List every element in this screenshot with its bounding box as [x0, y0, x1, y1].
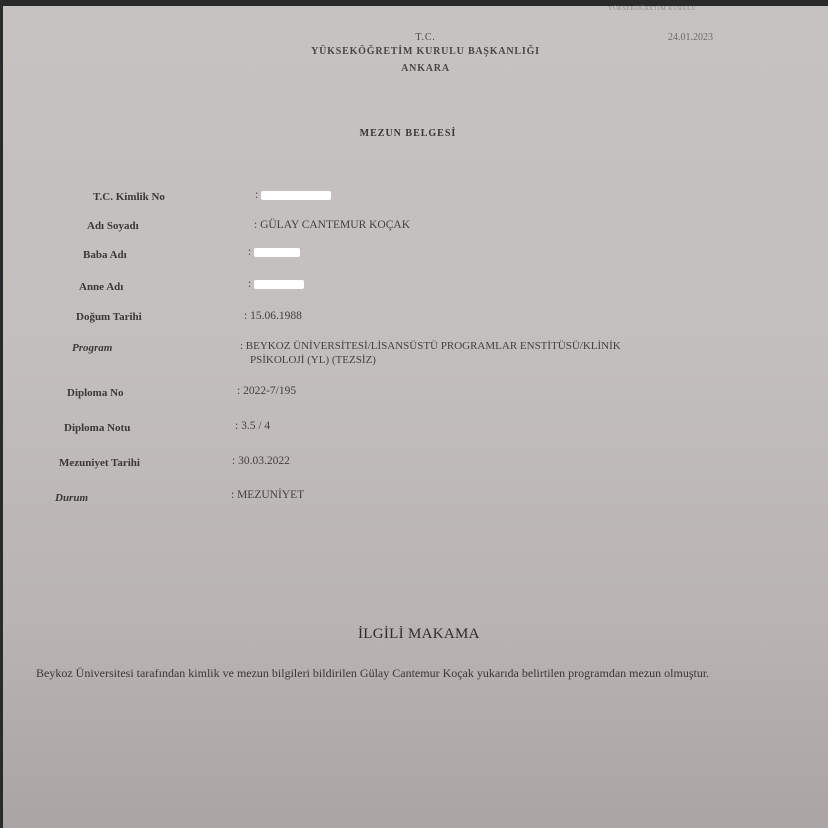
label-anne-adi: Anne Adı	[79, 281, 123, 293]
value-durum: : MEZUNİYET	[231, 489, 304, 501]
value-diploma-notu: : 3.5 / 4	[235, 420, 270, 432]
redaction-box	[254, 280, 304, 289]
label-tc-kimlik-no: T.C. Kimlik No	[93, 191, 165, 203]
redaction-box	[254, 248, 300, 257]
header-line-institution: YÜKSEKÖĞRETİM KURULU BAŞKANLIĞI	[273, 46, 578, 57]
document-date: 24.01.2023	[668, 32, 713, 43]
value-tc-kimlik-no: :	[255, 189, 331, 201]
redaction-box	[261, 191, 331, 200]
value-dogum-tarihi: : 15.06.1988	[244, 310, 302, 322]
value-program: : BEYKOZ ÜNİVERSİTESİ/LİSANSÜSTÜ PROGRAM…	[240, 340, 621, 352]
certification-paragraph: Beykoz Üniversitesi tarafından kimlik ve…	[36, 664, 806, 682]
header-line-tc: T.C.	[273, 32, 578, 43]
label-diploma-no: Diploma No	[67, 387, 124, 399]
header-line-city: ANKARA	[273, 63, 578, 74]
value-adi-soyadi: : GÜLAY CANTEMUR KOÇAK	[254, 219, 410, 231]
label-baba-adi: Baba Adı	[83, 249, 127, 261]
value-mezuniyet-tarihi: : 30.03.2022	[232, 455, 290, 467]
document-title: MEZUN BELGESİ	[333, 128, 483, 139]
label-dogum-tarihi: Doğum Tarihi	[76, 311, 142, 323]
addressee-heading: İLGİLİ MAKAMA	[358, 626, 480, 643]
value-anne-adi: :	[248, 278, 304, 290]
value-diploma-no: : 2022-7/195	[237, 385, 296, 397]
value-program-line2: PSİKOLOJİ (YL) (TEZSİZ)	[250, 354, 376, 366]
label-program: Program	[72, 342, 112, 354]
label-mezuniyet-tarihi: Mezuniyet Tarihi	[59, 457, 140, 469]
value-baba-adi: :	[248, 246, 300, 258]
label-diploma-notu: Diploma Notu	[64, 422, 130, 434]
document-page: YÜKSEKÖĞRETİM KURULU 24.01.2023 T.C. YÜK…	[3, 6, 828, 828]
header-top-strip: YÜKSEKÖĞRETİM KURULU	[608, 6, 696, 12]
label-adi-soyadi: Adı Soyadı	[87, 220, 139, 232]
label-durum: Durum	[55, 492, 88, 504]
